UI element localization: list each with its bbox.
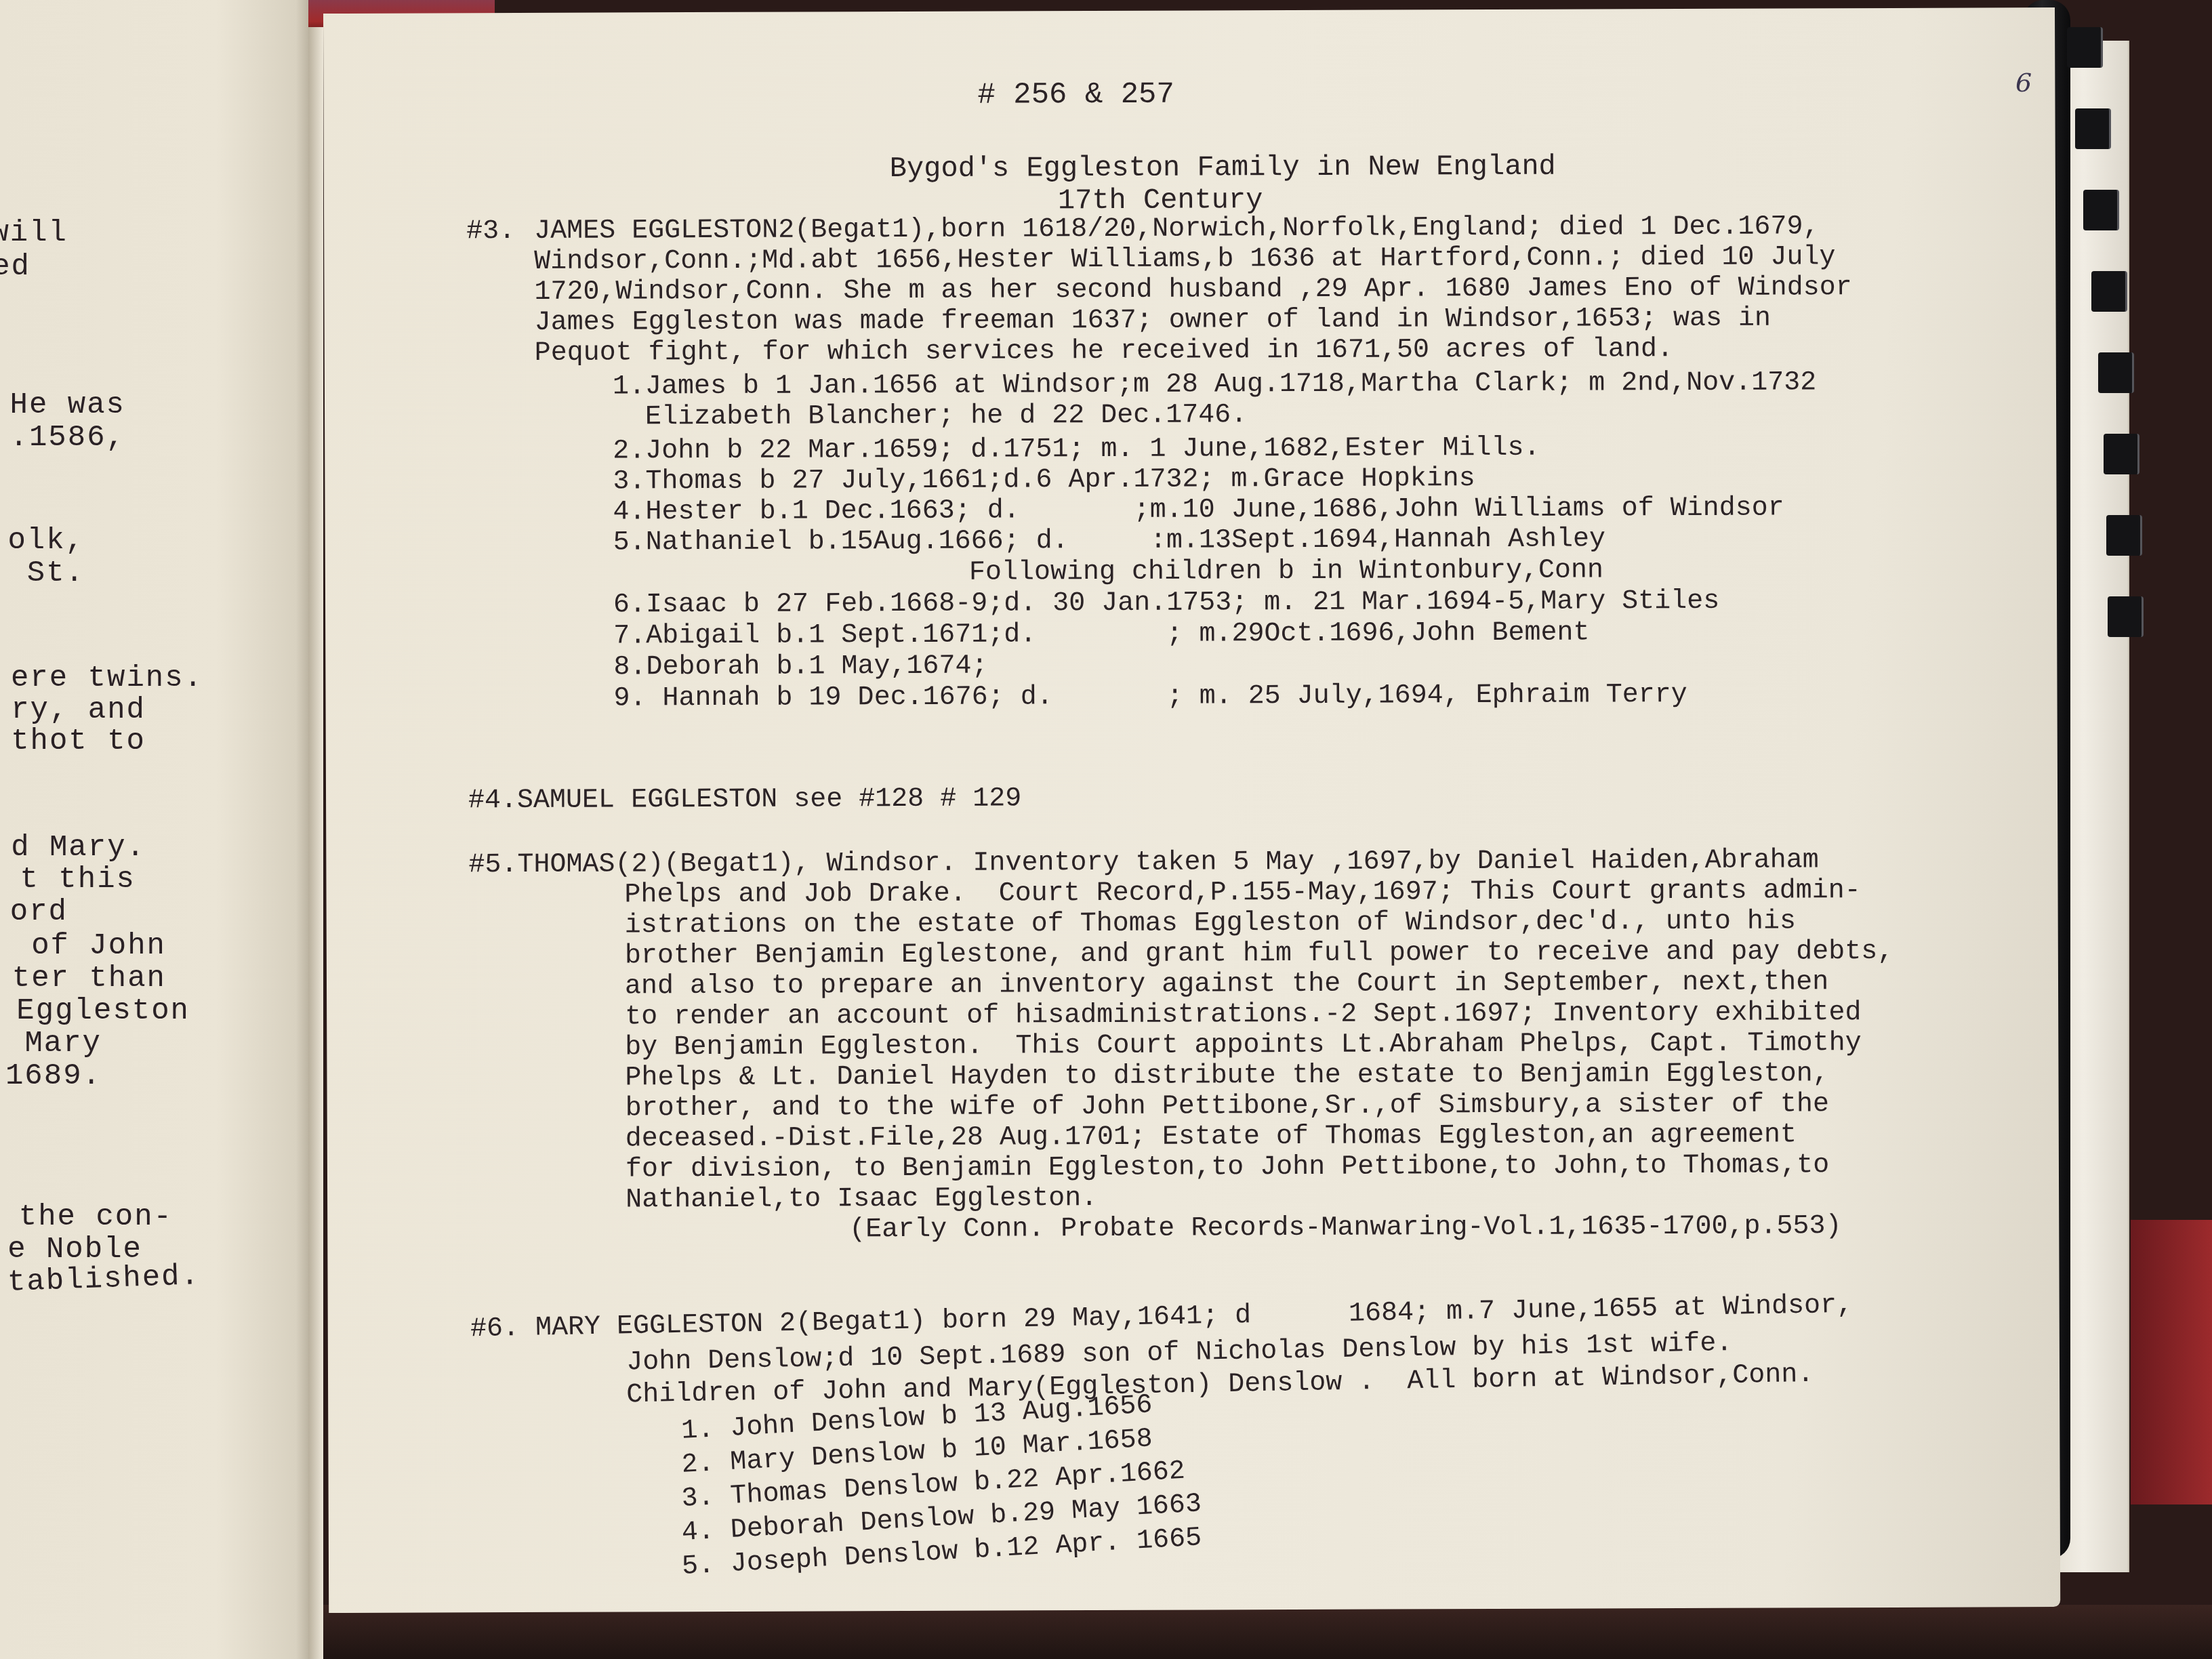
left-page-text: ed [0, 249, 30, 285]
left-page-text: St. [27, 556, 85, 591]
binding-tooth-icon [2098, 352, 2134, 393]
book-gutter [308, 27, 323, 1659]
binding-tooth-icon [2106, 515, 2142, 556]
red-cloth-background-right [2131, 1220, 2212, 1504]
child-line: Elizabeth Blancher; he d 22 Dec.1746. [613, 400, 1247, 432]
entry-line: by Benjamin Eggleston. This Court appoin… [625, 1028, 1861, 1063]
entry-4: #4.SAMUEL EGGLESTON see #128 # 129 [468, 783, 1021, 816]
child-line: 6.Isaac b 27 Feb.1668-9;d. 30 Jan.1753; … [613, 586, 1719, 621]
entry-line: 1720,Windsor,Conn. She m as her second h… [534, 272, 1851, 308]
entry-line: Windsor,Conn.;Md.abt 1656,Hester William… [534, 242, 1835, 277]
left-page-text: Mary [24, 1026, 102, 1061]
table-surface [0, 1605, 2212, 1659]
entry-line: to render an account of hisadministratio… [625, 998, 1861, 1032]
subheading: Following children b in Wintonbury,Conn [969, 555, 1603, 588]
left-page-text: will [0, 216, 68, 251]
left-page-text: .1586, [10, 420, 125, 455]
document-subtitle: 17th Century [1058, 185, 1263, 216]
left-page-text: tablished. [7, 1258, 201, 1300]
left-page-text: ere twins. [11, 661, 203, 696]
binding-tooth-icon [2108, 596, 2144, 637]
entry-line: Nathaniel,to Isaac Eggleston. [626, 1183, 1097, 1215]
left-page-text: d Mary. [11, 830, 146, 865]
left-page-text: ord [10, 895, 68, 930]
typed-document: # 256 & 257 Bygod's Eggleston Family in … [323, 7, 2060, 1613]
left-page-text: of John [31, 928, 166, 964]
entry-line: and also to prepare an inventory against… [625, 967, 1828, 1002]
citation: (Early Conn. Probate Records-Manwaring-V… [849, 1211, 1841, 1245]
entry-line: James Eggleston was made freeman 1637; o… [535, 304, 1771, 338]
left-page: will ed He was .1586, olk, St. ere twins… [0, 0, 308, 1659]
handwritten-margin-mark: 6 [2015, 68, 2032, 98]
child-line: 4.Hester b.1 Dec.1663; d. ;m.10 June,168… [613, 493, 1784, 527]
left-page-text: the con- [19, 1200, 173, 1235]
entry-line: istrations on the estate of Thomas Eggle… [625, 906, 1796, 941]
left-page-text: ,1689. [0, 1059, 102, 1094]
entry-number: #3. [466, 216, 515, 247]
child-line: 3.Thomas b 27 July,1661;d.6 Apr.1732; m.… [613, 464, 1475, 497]
binding-tooth-icon [2083, 190, 2119, 230]
left-page-text: thot to [11, 724, 146, 759]
left-page-text: He was [10, 388, 125, 423]
entry-line: brother, and to the wife of John Pettibo… [626, 1089, 1829, 1124]
child-line: 1.James b 1 Jan.1656 at Windsor;m 28 Aug… [613, 367, 1816, 402]
child-line: 2.John b 22 Mar.1659; d.1751; m. 1 June,… [613, 433, 1540, 467]
child-line: 8.Deborah b.1 May,1674; [613, 651, 987, 683]
entry-line: JAMES EGGLESTON2(Begat1),born 1618/20,No… [534, 211, 1819, 247]
entry-line: deceased.-Dist.File,28 Aug.1701; Estate … [626, 1120, 1797, 1154]
left-page-text: ter than [12, 961, 166, 996]
binding-tooth-icon [2075, 108, 2111, 149]
entry-line: brother Benjamin Eglestone, and grant hi… [625, 937, 1893, 972]
child-line: 5.Nathaniel b.15Aug.1666; d. :m.13Sept.1… [613, 524, 1605, 558]
binding-tooth-icon [2104, 434, 2139, 474]
left-page-text: ry, and [11, 693, 146, 728]
binding-tooth-icon [2091, 271, 2127, 312]
child-line: 9. Hannah b 19 Dec.1676; d. ; m. 25 July… [613, 680, 1687, 714]
entry-line: Pequot fight, for which services he rece… [535, 334, 1673, 369]
entry-line: Phelps and Job Drake. Court Record,P.155… [624, 876, 1860, 910]
document-title: Bygod's Eggleston Family in New England [890, 152, 1556, 184]
entry-line: for division, to Benjamin Eggleston,to J… [626, 1150, 1829, 1185]
left-page-text: olk, [7, 523, 85, 558]
left-page-text: t this [20, 862, 136, 897]
child-line: 7.Abigail b.1 Sept.1671;d. ; m.29Oct.169… [613, 617, 1589, 651]
right-page: # 256 & 257 Bygod's Eggleston Family in … [323, 7, 2060, 1613]
entry-line: Phelps & Lt. Daniel Hayden to distribute… [625, 1059, 1828, 1093]
page-numbers: # 256 & 257 [977, 80, 1174, 111]
left-page-text: Eggleston [16, 994, 190, 1029]
entry-5-first-line: #5.THOMAS(2)(Begat1), Windsor. Inventory… [468, 845, 1818, 880]
binding-tooth-icon [2067, 27, 2103, 68]
